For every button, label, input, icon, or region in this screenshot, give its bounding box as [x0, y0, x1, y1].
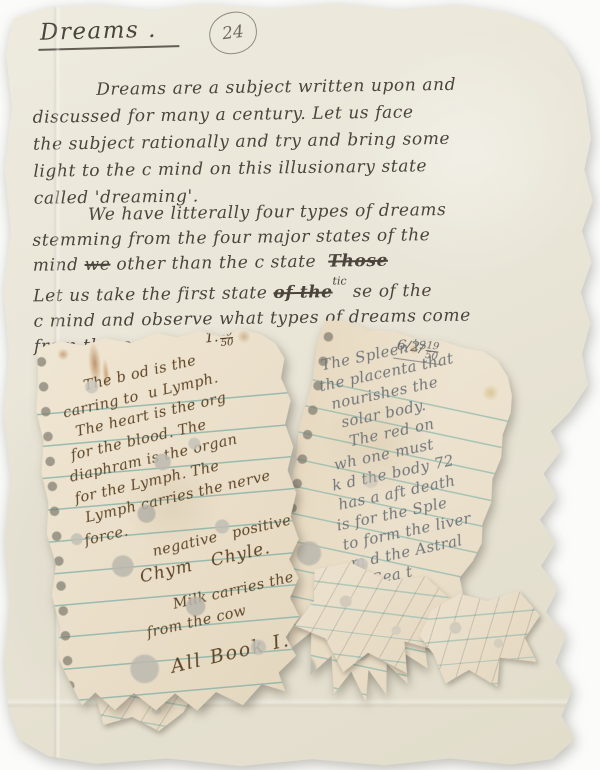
manuscript-paragraph-1: Dreams are a subject written upon anddis… — [32, 70, 569, 212]
photo-backdrop: Dreams . 24 Dreams are a subject written… — [0, 0, 600, 770]
page-title: Dreams . — [38, 16, 180, 51]
text-segment: mind — [33, 255, 85, 276]
page-title-text: Dreams . — [38, 16, 180, 51]
text-segment: se of the — [347, 281, 433, 302]
struck-word: Those — [328, 251, 388, 272]
left-note-paper: 1.1950 The b od is thecarring to u Lymph… — [29, 320, 318, 727]
torn-fragment — [416, 587, 546, 693]
torn-manuscript-page: Dreams . 24 Dreams are a subject written… — [0, 0, 600, 770]
text-segment: Let us take the first state — [33, 283, 274, 306]
struck-word: of the — [273, 282, 332, 303]
date-text: 1. — [204, 329, 219, 346]
inserted-word: tic — [332, 274, 346, 287]
left-torn-note: 1.1950 The b od is thecarring to u Lymph… — [29, 320, 318, 727]
page-number-badge: 24 — [207, 9, 260, 57]
text-segment: other than the c state — [110, 252, 328, 275]
torn-fragment-paper — [416, 587, 546, 693]
struck-word: we — [84, 255, 110, 275]
page-number: 24 — [221, 22, 245, 44]
